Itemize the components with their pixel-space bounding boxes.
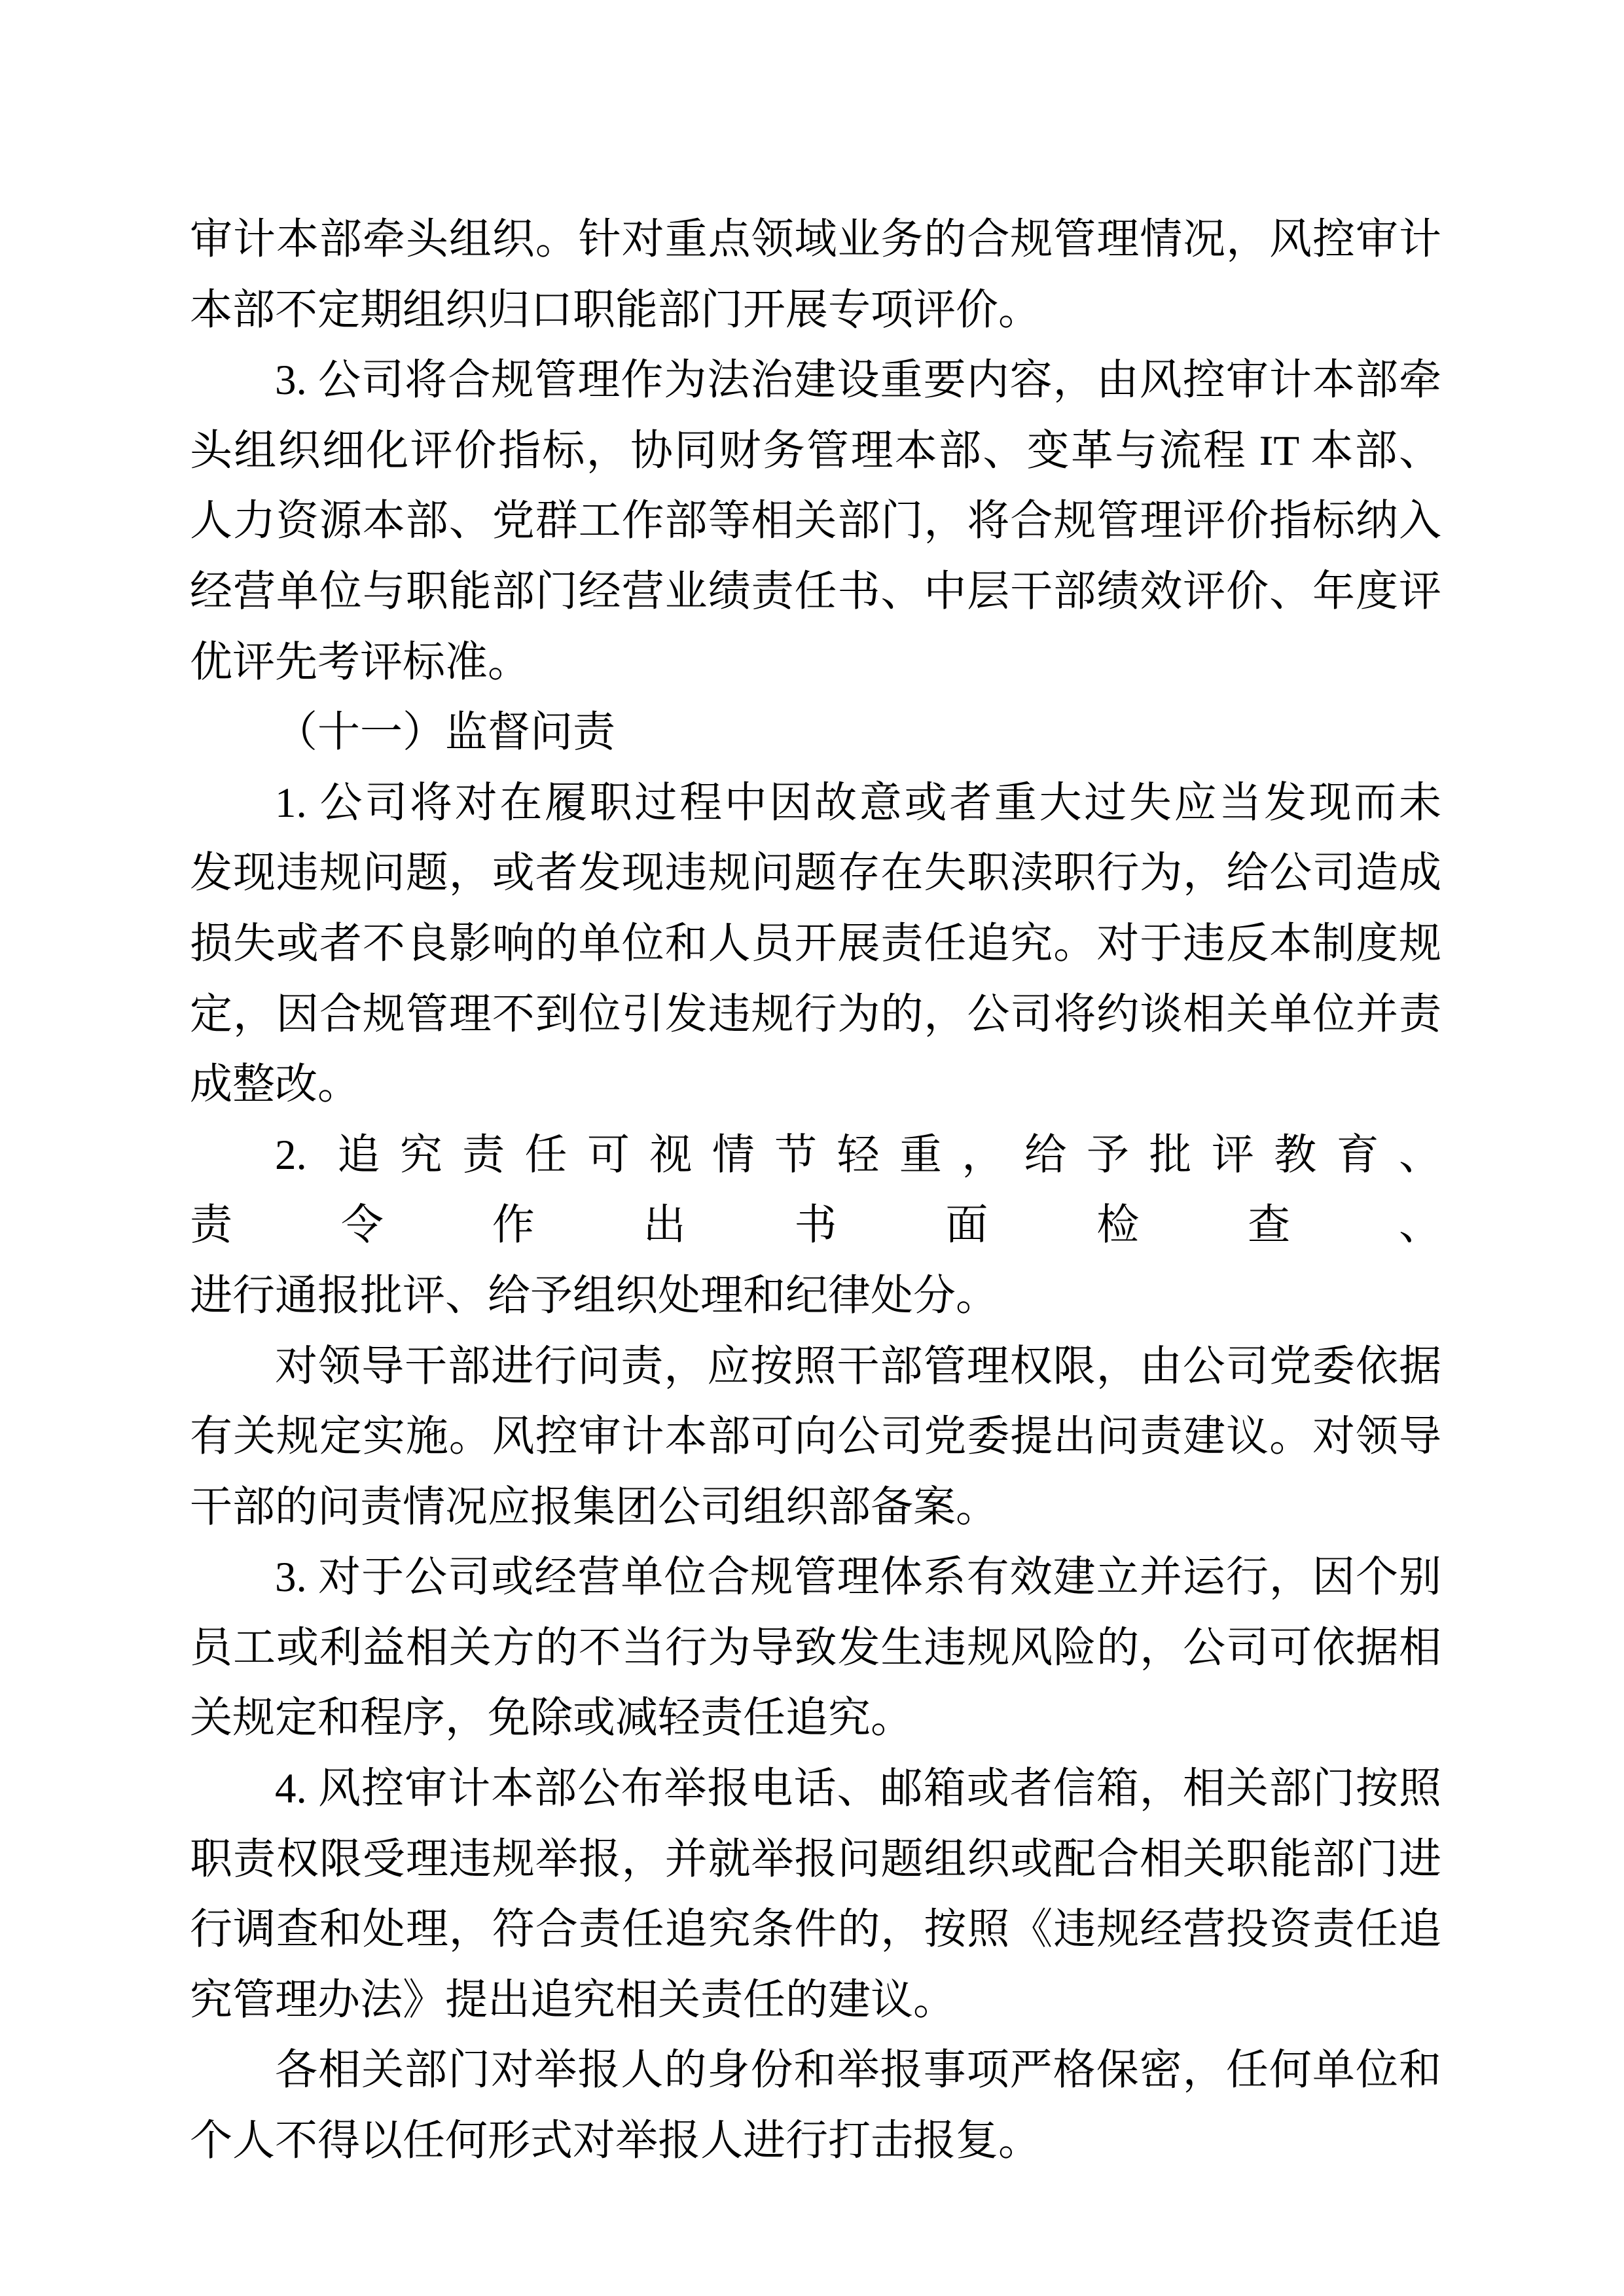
- text-line: 3. 对于公司或经营单位合规管理体系有效建立并运行，因个别: [190, 1543, 1441, 1613]
- text-line: 损失或者不良影响的单位和人员开展责任追究。对于违反本制度规: [190, 909, 1441, 980]
- section-heading: （十一）监督问责: [190, 698, 1441, 768]
- text-line: 本部不定期组织归口职能部门开展专项评价。: [190, 276, 1441, 346]
- text-line: 关规定和程序，免除或减轻责任追究。: [190, 1683, 1441, 1754]
- text-line: 发现违规问题，或者发现违规问题存在失职渎职行为，给公司造成: [190, 838, 1441, 909]
- text-line: 成整改。: [190, 1050, 1441, 1121]
- text-line: 人力资源本部、党群工作部等相关部门，将合规管理评价指标纳入: [190, 486, 1441, 557]
- text-line: 行调查和处理，符合责任追究条件的，按照《违规经营投资责任追: [190, 1895, 1441, 1965]
- text-line: 各相关部门对举报人的身份和举报事项严格保密，任何单位和: [190, 2036, 1441, 2106]
- text-line: 2. 追究责任可视情节轻重，给予批评教育、责令作出书面检查、: [190, 1121, 1441, 1261]
- text-line: 对领导干部进行问责，应按照干部管理权限，由公司党委依据: [190, 1332, 1441, 1403]
- text-line: 头组织细化评价指标，协同财务管理本部、变革与流程 IT 本部、: [190, 416, 1441, 487]
- text-line: 员工或利益相关方的不当行为导致发生违规风险的，公司可依据相: [190, 1613, 1441, 1684]
- text-line: 审计本部牵头组织。针对重点领域业务的合规管理情况，风控审计: [190, 205, 1441, 276]
- text-line: 1. 公司将对在履职过程中因故意或者重大过失应当发现而未: [190, 768, 1441, 839]
- text-line: 究管理办法》提出追究相关责任的建议。: [190, 1965, 1441, 2036]
- text-line: 个人不得以任何形式对举报人进行打击报复。: [190, 2106, 1441, 2177]
- text-line: 优评先考评标准。: [190, 628, 1441, 698]
- text-line: 干部的问责情况应报集团公司组织部备案。: [190, 1473, 1441, 1543]
- text-line: 经营单位与职能部门经营业绩责任书、中层干部绩效评价、年度评: [190, 557, 1441, 628]
- text-line: 有关规定实施。风控审计本部可向公司党委提出问责建议。对领导: [190, 1402, 1441, 1473]
- document-body-text: 审计本部牵头组织。针对重点领域业务的合规管理情况，风控审计 本部不定期组织归口职…: [190, 205, 1441, 2177]
- text-line: 定，因合规管理不到位引发违规行为的，公司将约谈相关单位并责: [190, 980, 1441, 1050]
- document-page: 审计本部牵头组织。针对重点领域业务的合规管理情况，风控审计 本部不定期组织归口职…: [0, 0, 1624, 2296]
- text-line: 4. 风控审计本部公布举报电话、邮箱或者信箱，相关部门按照: [190, 1754, 1441, 1825]
- text-line: 进行通报批评、给予组织处理和纪律处分。: [190, 1261, 1441, 1332]
- text-line: 职责权限受理违规举报，并就举报问题组织或配合相关职能部门进: [190, 1825, 1441, 1895]
- text-line: 3. 公司将合规管理作为法治建设重要内容，由风控审计本部牵: [190, 346, 1441, 416]
